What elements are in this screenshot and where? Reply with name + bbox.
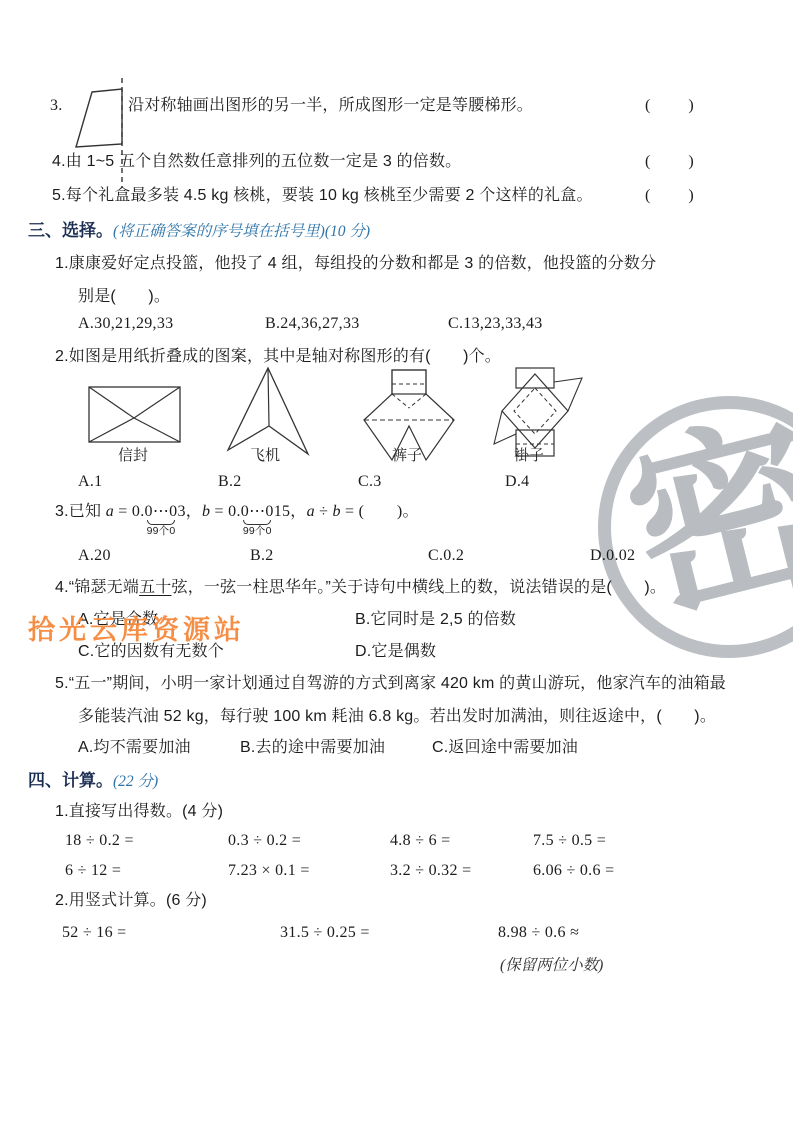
choice-q2-text: 如图是用纸折叠成的图案，其中是轴对称图形的有( )个。 bbox=[69, 348, 501, 365]
calc-p2-item1: 52 ÷ 16 = bbox=[62, 923, 127, 943]
choice-q4-stem: 4.“锦瑟无端五十弦，一弦一柱思华年。”关于诗句中横线上的数，说法错误的是( )… bbox=[55, 578, 666, 598]
choice-q5-number: 5. bbox=[55, 675, 69, 692]
tf-item3-text: 沿对称轴画出图形的另一半，所成图形一定是等腰梯形。 bbox=[128, 96, 533, 116]
choice-q3-var-b2: b bbox=[332, 503, 340, 520]
tf-item4-number: 4. bbox=[52, 153, 66, 170]
tf-item3-answer-bracket: ( ) bbox=[645, 96, 696, 116]
choice-q5-line1: 5.“五一”期间，小明一家计划通过自驾游的方式到离家 420 km 的黄山游玩，… bbox=[55, 674, 726, 694]
calc-p2-item3: 8.98 ÷ 0.6 ≈ bbox=[498, 923, 579, 943]
tf-item5-answer-bracket: ( ) bbox=[645, 186, 696, 206]
choice-q5-option-b: B.去的途中需要加油 bbox=[240, 738, 385, 758]
trapezoid-figure bbox=[70, 78, 132, 190]
choice-q2-option-b: B.2 bbox=[218, 472, 242, 492]
choice-q3-option-b: B.2 bbox=[250, 546, 274, 566]
page-content: 3. 沿对称轴画出图形的另一半，所成图形一定是等腰梯形。 ( ) 4.由 1~5… bbox=[0, 0, 793, 1122]
choice-q1-option-a: A.30,21,29,33 bbox=[78, 314, 173, 334]
choice-q3-t3: 3， bbox=[177, 503, 202, 520]
choice-q3-zeros2: 0⋯0 bbox=[241, 502, 274, 522]
choice-q2-stem: 2.如图是用纸折叠成的图案，其中是轴对称图形的有( )个。 bbox=[55, 347, 501, 367]
section3-title: 三、选择。 bbox=[28, 221, 113, 240]
choice-q5-text1: “五一”期间，小明一家计划通过自驾游的方式到离家 420 km 的黄山游玩，他家… bbox=[69, 675, 726, 692]
choice-q4-number: 4. bbox=[55, 579, 69, 596]
tf-item4: 4.由 1~5 五个自然数任意排列的五位数一定是 3 的倍数。 bbox=[52, 152, 461, 172]
choice-q3-underbrace2: 0⋯099个0 bbox=[241, 502, 274, 522]
calc-p1r1-c4: 7.5 ÷ 0.5 = bbox=[533, 831, 606, 851]
calc-p1r1-c2: 0.3 ÷ 0.2 = bbox=[228, 831, 301, 851]
choice-q2-option-c: C.3 bbox=[358, 472, 382, 492]
section3-instruction: (将正确答案的序号填在括号里)(10 分) bbox=[113, 223, 370, 240]
envelope-figure bbox=[88, 384, 182, 444]
choice-q1-option-b: B.24,36,27,33 bbox=[265, 314, 360, 334]
tf-item5-number: 5. bbox=[52, 187, 66, 204]
choice-q3-option-a: A.20 bbox=[78, 546, 111, 566]
half-trapezoid-shape bbox=[76, 89, 122, 147]
calc-p1r1-c1: 18 ÷ 0.2 = bbox=[65, 831, 134, 851]
choice-q3-t6: ÷ bbox=[315, 503, 333, 520]
choice-q3-brace1-label: 99个0 bbox=[147, 525, 176, 538]
choice-q3-t5: 15， bbox=[274, 503, 307, 520]
choice-q3-var-a: a bbox=[106, 503, 114, 520]
section3-heading: 三、选择。(将正确答案的序号填在括号里)(10 分) bbox=[28, 220, 370, 241]
choice-q3-option-d: D.0.02 bbox=[590, 546, 635, 566]
calc-part2-title: 2.用竖式计算。(6 分) bbox=[55, 891, 207, 911]
choice-q3-brace2-label: 99个0 bbox=[243, 525, 272, 538]
choice-q1-number: 1. bbox=[55, 255, 69, 272]
calc-p1r1-c3: 4.8 ÷ 6 = bbox=[390, 831, 451, 851]
tf-item4-text: 由 1~5 五个自然数任意排列的五位数一定是 3 的倍数。 bbox=[66, 153, 462, 170]
pants-label: 裤子 bbox=[392, 444, 422, 465]
tf-item5: 5.每个礼盒最多装 4.5 kg 核桃，要装 10 kg 核桃至少需要 2 个这… bbox=[52, 186, 593, 206]
choice-q1-text1: 康康爱好定点投篮，他投了 4 组，每组投的分数和都是 3 的倍数，他投篮的分数分 bbox=[69, 255, 657, 272]
calc-p1r2-c4: 6.06 ÷ 0.6 = bbox=[533, 861, 614, 881]
tf-item4-answer-bracket: ( ) bbox=[645, 152, 696, 172]
choice-q5-option-a: A.均不需要加油 bbox=[78, 738, 191, 758]
choice-q2-option-a: A.1 bbox=[78, 472, 102, 492]
calc-part1-title: 1.直接写出得数。(4 分) bbox=[55, 802, 223, 822]
calc-p1r2-c3: 3.2 ÷ 0.32 = bbox=[390, 861, 471, 881]
choice-q4-underlined-number: 五十 bbox=[139, 579, 171, 596]
choice-q5-line2: 多能装汽油 52 kg，每行驶 100 km 耗油 6.8 kg。若出发时加满油… bbox=[78, 707, 716, 727]
choice-q4-option-d: D.它是偶数 bbox=[355, 642, 436, 662]
choice-q3-option-c: C.0.2 bbox=[428, 546, 464, 566]
jacket-label: 褂子 bbox=[514, 444, 544, 465]
choice-q4-t2: 弦，一弦一柱思华年。”关于诗句中横线上的数，说法错误的是( )。 bbox=[172, 579, 667, 596]
choice-q3-stem: 3.已知 a = 0.0⋯099个03，b = 0.0⋯099个015，a ÷ … bbox=[55, 502, 419, 522]
choice-q4-t1: “锦瑟无端 bbox=[69, 579, 139, 596]
choice-q1-line2: 别是( )。 bbox=[78, 287, 170, 307]
choice-q3-zeros1: 0⋯0 bbox=[145, 502, 178, 522]
exam-page: 密 3. 沿对称轴画出图形的另一半，所成图形一定是等腰梯形。 ( ) 4.由 1… bbox=[0, 0, 793, 1122]
choice-q2-number: 2. bbox=[55, 348, 69, 365]
tf-item3-number: 3. bbox=[50, 96, 63, 116]
choice-q5-option-c: C.返回途中需要加油 bbox=[432, 738, 578, 758]
section4-title: 四、计算。 bbox=[28, 771, 113, 790]
calc-p1r2-c1: 6 ÷ 12 = bbox=[65, 861, 121, 881]
choice-q3-t2: = 0. bbox=[114, 503, 145, 520]
calc-p2-item2: 31.5 ÷ 0.25 = bbox=[280, 923, 370, 943]
choice-q2-option-d: D.4 bbox=[505, 472, 529, 492]
plane-label: 飞机 bbox=[250, 444, 280, 465]
envelope-label: 信封 bbox=[118, 444, 148, 465]
choice-q3-t1: 已知 bbox=[69, 503, 106, 520]
choice-q1-line1: 1.康康爱好定点投篮，他投了 4 组，每组投的分数和都是 3 的倍数，他投篮的分… bbox=[55, 254, 656, 274]
choice-q3-underbrace1: 0⋯099个0 bbox=[145, 502, 178, 522]
choice-q3-number: 3. bbox=[55, 503, 69, 520]
choice-q3-t4: = 0. bbox=[210, 503, 241, 520]
choice-q4-option-b: B.它同时是 2,5 的倍数 bbox=[355, 610, 516, 630]
tf-item5-text: 每个礼盒最多装 4.5 kg 核桃，要装 10 kg 核桃至少需要 2 个这样的… bbox=[66, 187, 593, 204]
calc-p2-note: (保留两位小数) bbox=[500, 956, 603, 975]
section4-score: (22 分) bbox=[113, 773, 158, 790]
choice-q3-var-a2: a bbox=[307, 503, 315, 520]
choice-q1-option-c: C.13,23,33,43 bbox=[448, 314, 543, 334]
calc-p1r2-c2: 7.23 × 0.1 = bbox=[228, 861, 310, 881]
section4-heading: 四、计算。(22 分) bbox=[28, 770, 158, 791]
choice-q3-t7: = ( )。 bbox=[341, 503, 419, 520]
site-watermark: 拾光云库资源站 bbox=[28, 608, 245, 647]
